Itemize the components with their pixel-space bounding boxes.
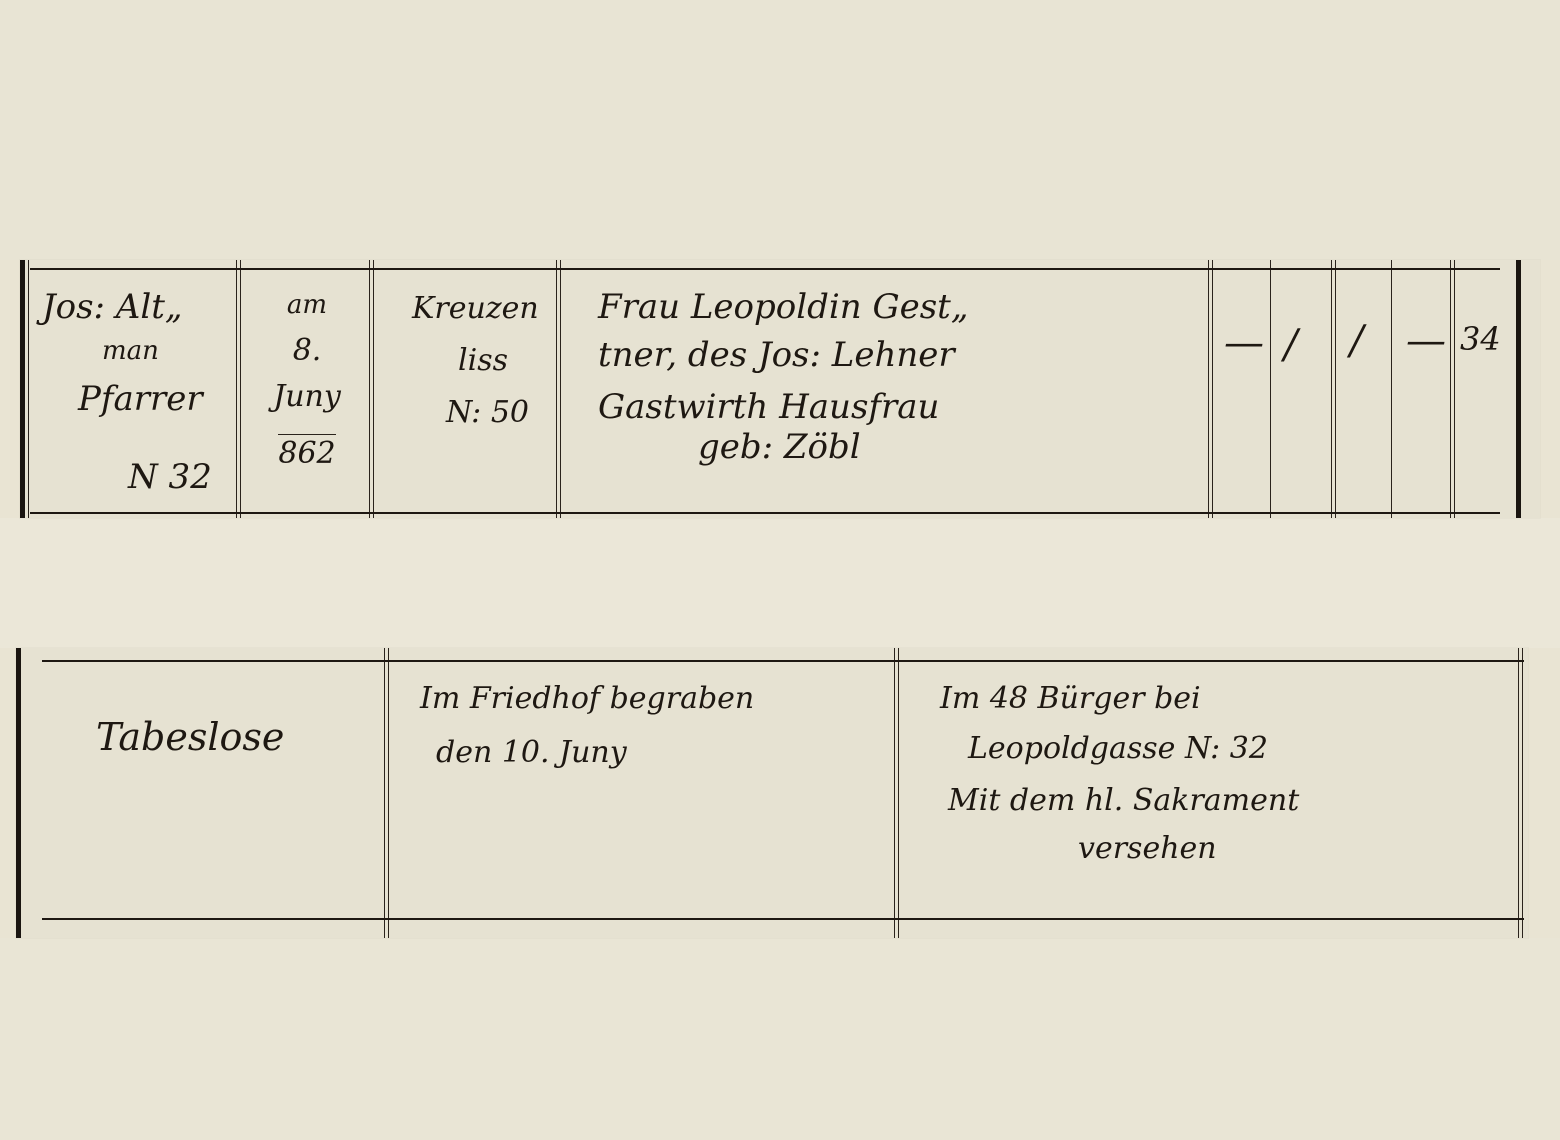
remarks-cell: Im 48 Bürger bei Leopoldgasse N: 32 Mit … [928, 684, 1518, 864]
left-border-inner [28, 260, 29, 518]
remarks-line: Leopoldgasse N: 32 [968, 734, 1518, 764]
name-cell: Frau Leopoldin Gest„ tner, des Jos: Lehn… [598, 290, 1198, 464]
right-border [1518, 648, 1519, 938]
col-rule [1331, 260, 1332, 518]
col-rule [556, 260, 557, 518]
top-rule [30, 268, 1500, 270]
officiant-number: N 32 [128, 460, 230, 494]
bottom-rule [42, 918, 1524, 920]
burial-cell: Im Friedhof begraben den 10. Juny [416, 684, 886, 768]
col-rule [1450, 260, 1451, 518]
col-rule [1208, 260, 1209, 518]
register-strip-top: Jos: Alt„ man Pfarrer N 32 am 8. Juny 86… [20, 260, 1540, 518]
officiant-cell: Jos: Alt„ man Pfarrer N 32 [40, 290, 230, 494]
paper-top-margin [0, 0, 1560, 260]
paper-middle-gap [0, 518, 1560, 648]
house-number: N: 50 [446, 398, 550, 428]
remarks-line: Im 48 Bürger bei [940, 684, 1518, 714]
cause-text: Tabeslose [96, 718, 376, 756]
remarks-line: Mit dem hl. Sakrament [948, 786, 1518, 816]
date-prefix: am [252, 292, 362, 318]
name-line: Gastwirth Hausfrau [598, 390, 1198, 424]
burial-line: den 10. Juny [436, 738, 886, 768]
col-rule [1391, 260, 1392, 518]
paper-bottom-margin [0, 938, 1560, 1140]
remarks-line: versehen [1078, 834, 1518, 864]
cause-cell: Tabeslose [96, 718, 376, 756]
place-line: Kreuzen [412, 294, 550, 324]
name-line: tner, des Jos: Lehner [598, 338, 1198, 372]
left-border [16, 648, 21, 938]
date-year: 862 [278, 434, 335, 469]
officiant-line: Jos: Alt„ [42, 290, 230, 324]
date-month: Juny [252, 382, 362, 412]
tally-col-4: — [1406, 318, 1446, 364]
col-rule [384, 648, 385, 938]
name-line: geb: Zöbl [698, 430, 1198, 464]
date-day: 8. [252, 336, 362, 366]
right-border [1516, 260, 1521, 518]
tally-col-1: — [1224, 320, 1264, 366]
name-line: Frau Leopoldin Gest„ [598, 290, 1198, 324]
tally-col-2: / [1284, 322, 1297, 368]
col-rule [236, 260, 237, 518]
place-line: liss [458, 346, 550, 376]
date-cell: am 8. Juny 862 [252, 288, 362, 469]
col-rule [894, 648, 895, 938]
tally-col-3: / [1350, 318, 1363, 364]
left-border [20, 260, 25, 518]
tally-col-5: 34 [1460, 320, 1501, 358]
officiant-line: man [102, 338, 230, 364]
col-rule [369, 260, 370, 518]
officiant-line: Pfarrer [78, 382, 230, 416]
register-strip-bottom: Tabeslose Im Friedhof begraben den 10. J… [16, 648, 1528, 938]
top-rule [42, 660, 1524, 662]
burial-line: Im Friedhof begraben [420, 684, 886, 714]
col-rule [1270, 260, 1271, 518]
bottom-rule [30, 512, 1500, 514]
place-cell: Kreuzen liss N: 50 [390, 294, 550, 428]
